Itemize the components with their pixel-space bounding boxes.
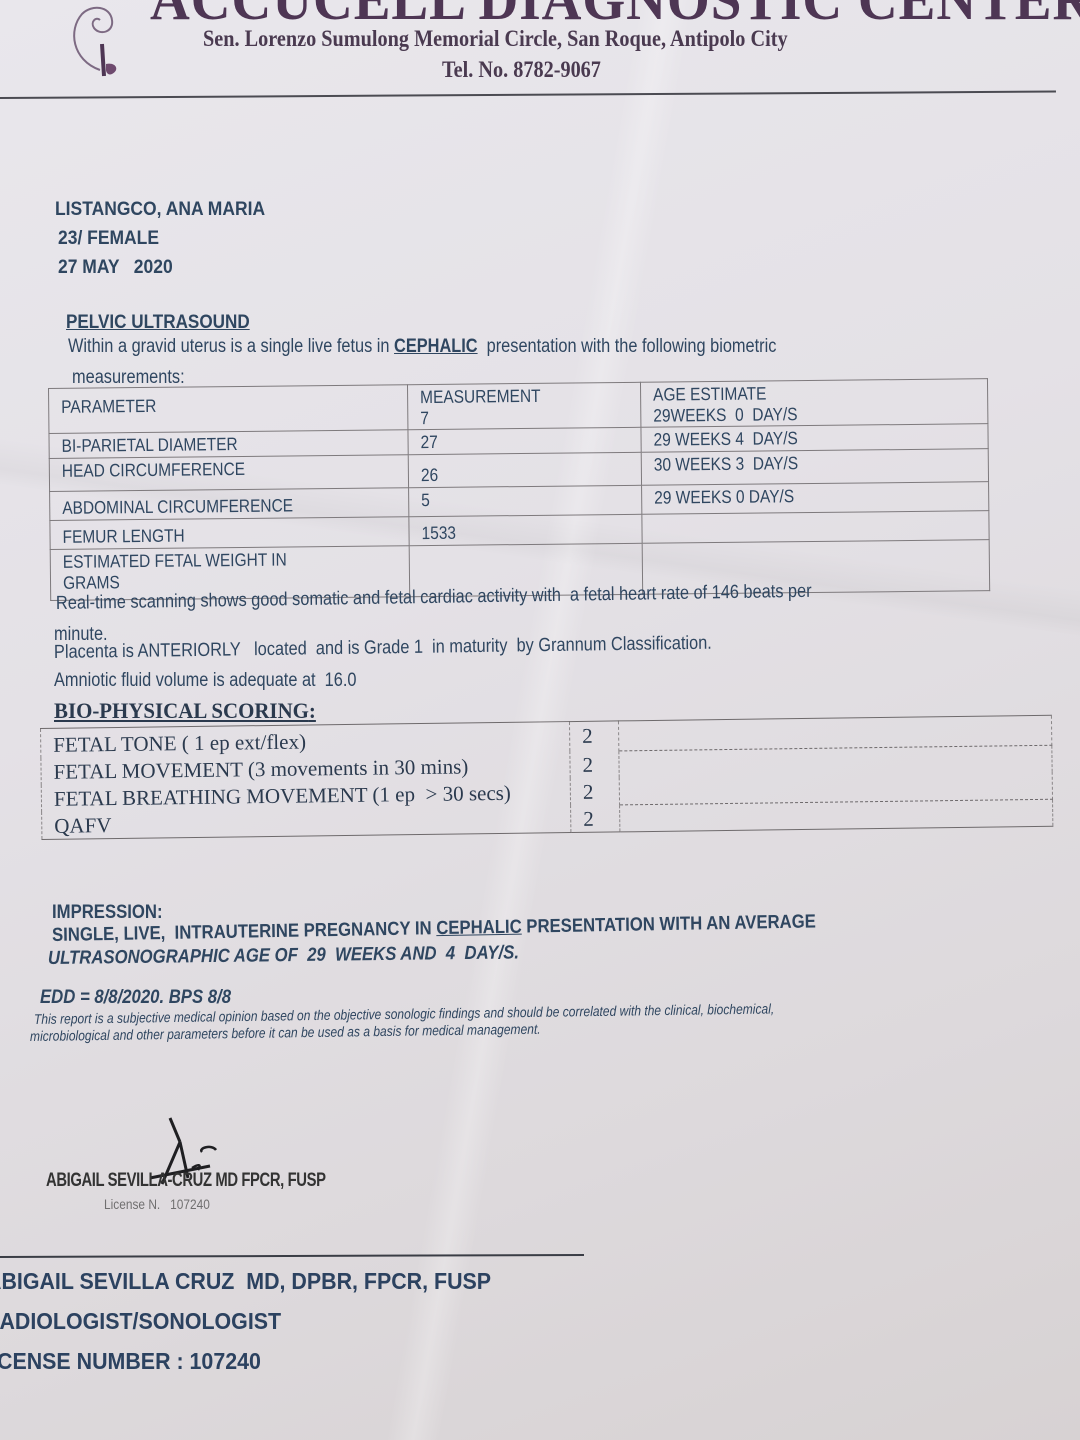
parameter-label: FEMUR LENGTH: [62, 526, 184, 548]
swirl-logo-icon: [62, 0, 132, 80]
bps-score: 2: [583, 780, 594, 804]
age-estimate-value: 30 WEEKS 3 DAY/S: [654, 453, 798, 476]
measurement-value: 27: [420, 432, 437, 453]
measurement-value: 26: [421, 465, 438, 486]
age-estimate-value: 29 WEEKS 4 DAY/S: [653, 428, 797, 451]
signature-stamp-name: ABIGAIL SEVILLA-CRUZ MD FPCR, FUSP: [46, 1170, 326, 1192]
header-divider: [0, 91, 1056, 99]
clinic-address: Sen. Lorenzo Sumulong Memorial Circle, S…: [203, 26, 788, 52]
measurement-value: 5: [421, 490, 430, 511]
impression-line1: SINGLE, LIVE, INTRAUTERINE PREGNANCY IN …: [52, 911, 816, 947]
exam-title: PELVIC ULTRASOUND: [66, 312, 250, 334]
bps-table: FETAL TONE ( 1 ep ext/flex) 2 FETAL MOVE…: [40, 715, 1053, 840]
parameter-label: HEAD CIRCUMFERENCE: [62, 459, 245, 482]
bps-label: FETAL BREATHING MOVEMENT (1 ep > 30 secs…: [54, 781, 511, 811]
presentation-value: CEPHALIC: [394, 336, 478, 357]
measurement-value: 7: [420, 408, 429, 429]
signature-line: [0, 1254, 584, 1258]
parameter-label: BI-PARIETAL DIAMETER: [62, 434, 238, 457]
header-measurement: MEASUREMENT: [420, 386, 541, 408]
bps-score: 2: [582, 724, 593, 748]
doctor-name: ABIGAIL SEVILLA CRUZ MD, DPBR, FPCR, FUS…: [0, 1268, 491, 1295]
findings-placenta: Placenta is ANTERIORLY located and is Gr…: [54, 633, 712, 664]
exam-date: 27 MAY 2020: [58, 257, 173, 279]
bps-label: FETAL TONE ( 1 ep ext/flex): [53, 730, 306, 757]
exam-intro: Within a gravid uterus is a single live …: [68, 336, 776, 358]
findings-amniotic-fluid: Amniotic fluid volume is adequate at 16.…: [54, 670, 356, 692]
signature-stamp-license: License N. 107240: [104, 1196, 210, 1212]
biometry-table: PARAMETER MEASUREMENT7 AGE ESTIMATE29WEE…: [48, 378, 990, 601]
age-estimate-value: 29WEEKS 0 DAY/S: [653, 404, 797, 427]
impression-presentation: CEPHALIC: [436, 917, 522, 940]
bps-label: FETAL MOVEMENT (3 movements in 30 mins): [53, 754, 468, 783]
impression-gestational-age: ULTRASONOGRAPHIC AGE OF 29 WEEKS AND 4 D…: [48, 942, 519, 970]
parameter-label: ABDOMINAL CIRCUMFERENCE: [62, 495, 293, 518]
bps-score: 2: [582, 753, 593, 777]
doctor-license: LICENSE NUMBER : 107240: [0, 1348, 261, 1375]
header-parameter: PARAMETER: [61, 396, 156, 418]
age-estimate-value: 29 WEEKS 0 DAY/S: [654, 486, 794, 508]
impression-edd-bps: EDD = 8/8/2020. BPS 8/8: [40, 987, 231, 1009]
patient-age-sex: 23/ FEMALE: [58, 228, 159, 250]
exam-intro-line2: measurements:: [72, 367, 185, 389]
bps-title: BIO-PHYSICAL SCORING:: [54, 698, 316, 724]
impression-title: IMPRESSION:: [52, 902, 163, 924]
clinic-telephone: Tel. No. 8782-9067: [442, 57, 601, 83]
parameter-label: ESTIMATED FETAL WEIGHT IN: [63, 550, 287, 573]
bps-score: 2: [583, 807, 594, 831]
doctor-title: RADIOLOGIST/SONOLOGIST: [0, 1308, 281, 1335]
header-age-estimate: AGE ESTIMATE: [653, 383, 766, 405]
measurement-value: 1533: [421, 523, 456, 544]
patient-name: LISTANGCO, ANA MARIA: [55, 199, 265, 221]
bps-label: QAFV: [54, 813, 111, 838]
